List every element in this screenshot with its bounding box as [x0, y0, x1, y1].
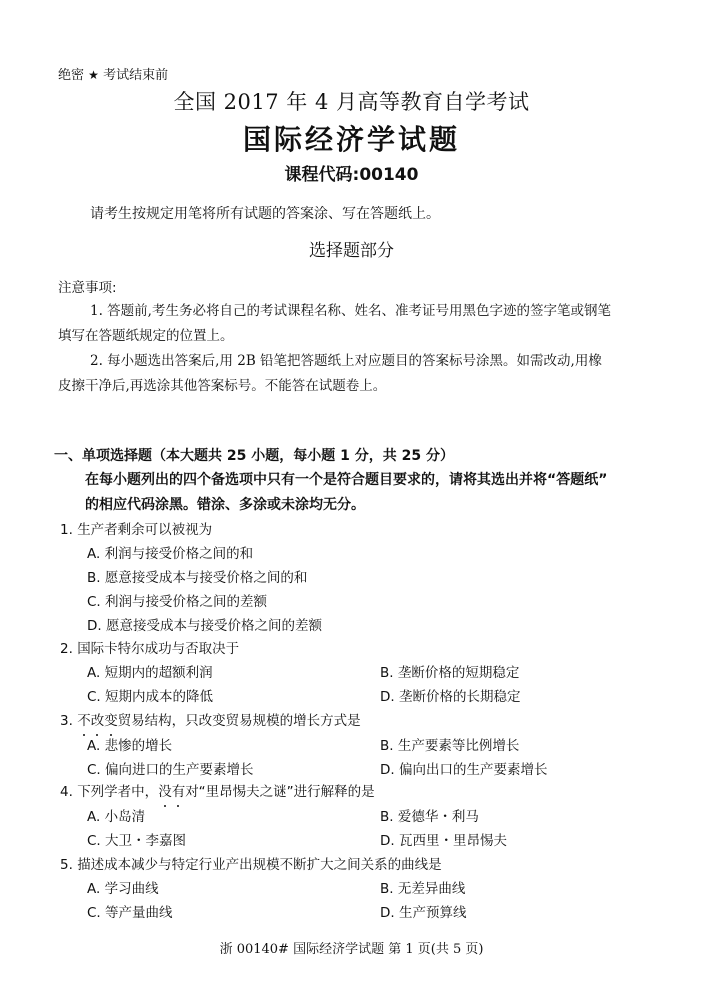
- subject-title: 国际经济学试题: [0, 118, 703, 158]
- q2-option-b[interactable]: B. 垄断价格的短期稳定: [380, 661, 519, 681]
- question-number: 1.: [60, 522, 73, 538]
- question-stem: 下列学者中，没有对“里昂惕夫之谜”进行解释的是: [77, 784, 375, 800]
- part-title: 选择题部分: [0, 236, 703, 261]
- q3-option-d[interactable]: D. 偏向出口的生产要素增长: [380, 758, 547, 778]
- q1-option-a[interactable]: A. 利润与接受价格之间的和: [87, 542, 253, 562]
- exam-title: 全国 2017 年 4 月高等教育自学考试: [0, 86, 703, 116]
- q3-option-c[interactable]: C. 偏向进口的生产要素增长: [87, 758, 254, 778]
- question-stem: 国际卡特尔成功与否取决于: [77, 641, 239, 657]
- q1-option-c[interactable]: C. 利润与接受价格之间的差额: [87, 590, 267, 610]
- emphasis-char: 改: [91, 713, 105, 729]
- question-stem: 描述成本减少与特定行业产出规模不断扩大之间关系的曲线是: [77, 857, 442, 873]
- question-4: 4. 下列学者中，没有对“里昂惕夫之谜”进行解释的是: [60, 780, 375, 800]
- q4-option-c[interactable]: C. 大卫・李嘉图: [87, 829, 186, 849]
- q5-option-d[interactable]: D. 生产预算线: [380, 901, 466, 921]
- q3-option-a[interactable]: A. 悲惨的增长: [87, 734, 172, 754]
- q5-option-c[interactable]: C. 等产量曲线: [87, 901, 173, 921]
- q2-option-d[interactable]: D. 垄断价格的长期稳定: [380, 685, 520, 705]
- course-code: 课程代码:00140: [0, 160, 703, 185]
- question-number: 2.: [60, 641, 73, 657]
- note-2-line-1: 2. 每小题选出答案后,用 2B 铅笔把答题纸上对应题目的答案标号涂黑。如需改动…: [90, 349, 678, 369]
- question-number: 4.: [60, 784, 73, 800]
- section-desc-line-1: 在每小题列出的四个备选项中只有一个是符合题目要求的，请将其选出并将“答题纸”: [85, 469, 607, 489]
- question-2: 2. 国际卡特尔成功与否取决于: [60, 637, 239, 657]
- q4-option-d[interactable]: D. 瓦西里・里昂惕夫: [380, 829, 507, 849]
- q2-option-c[interactable]: C. 短期内成本的降低: [87, 685, 213, 705]
- emphasis-char: 变: [104, 713, 118, 729]
- question-5: 5. 描述成本减少与特定行业产出规模不断扩大之间关系的曲线是: [60, 853, 442, 873]
- confidential-text: 绝密: [58, 68, 84, 83]
- section-desc-line-2: 的相应代码涂黑。错涂、多涂或未涂均无分。: [85, 494, 365, 514]
- q3-option-b[interactable]: B. 生产要素等比例增长: [380, 734, 519, 754]
- note-2-line-2: 皮擦干净后,再选涂其他答案标号。不能答在试题卷上。: [58, 374, 646, 394]
- note-1-line-2: 填写在答题纸规定的位置上。: [58, 324, 646, 344]
- question-number: 3.: [60, 713, 73, 729]
- page-footer: 浙 00140# 国际经济学试题 第 1 页(共 5 页): [0, 938, 703, 957]
- confidential-note: 考试结束前: [103, 68, 168, 83]
- confidential-label: 绝密 ★ 考试结束前: [58, 64, 168, 83]
- section-heading: 一、单项选择题（本大题共 25 小题，每小题 1 分，共 25 分）: [54, 445, 454, 465]
- q1-option-d[interactable]: D. 愿意接受成本与接受价格之间的差额: [87, 614, 322, 634]
- q2-option-a[interactable]: A. 短期内的超额利润: [87, 661, 213, 681]
- notes-heading: 注意事项:: [58, 276, 117, 296]
- q1-option-b[interactable]: B. 愿意接受成本与接受价格之间的和: [87, 566, 307, 586]
- emphasis-char: 有: [172, 784, 186, 800]
- question-stem: 不改变贸易结构，只改变贸易规模的增长方式是: [77, 713, 361, 729]
- question-stem: 生产者剩余可以被视为: [77, 522, 212, 538]
- question-1: 1. 生产者剩余可以被视为: [60, 518, 212, 538]
- question-number: 5.: [60, 857, 73, 873]
- star-icon: ★: [88, 68, 99, 82]
- note-1-line-1: 1. 答题前,考生务必将自己的考试课程名称、姓名、准考证号用黑色字迹的签字笔或钢…: [90, 299, 678, 319]
- question-3: 3. 不改变贸易结构，只改变贸易规模的增长方式是: [60, 709, 361, 729]
- emphasis-char: 不: [77, 713, 91, 729]
- answer-instruction: 请考生按规定用笔将所有试题的答案涂、写在答题纸上。: [90, 203, 440, 223]
- emphasis-char: 没: [158, 784, 172, 800]
- q4-option-b[interactable]: B. 爱德华・利马: [380, 805, 479, 825]
- q5-option-a[interactable]: A. 学习曲线: [87, 877, 159, 897]
- q5-option-b[interactable]: B. 无差异曲线: [380, 877, 465, 897]
- q4-option-a[interactable]: A. 小岛清: [87, 805, 145, 825]
